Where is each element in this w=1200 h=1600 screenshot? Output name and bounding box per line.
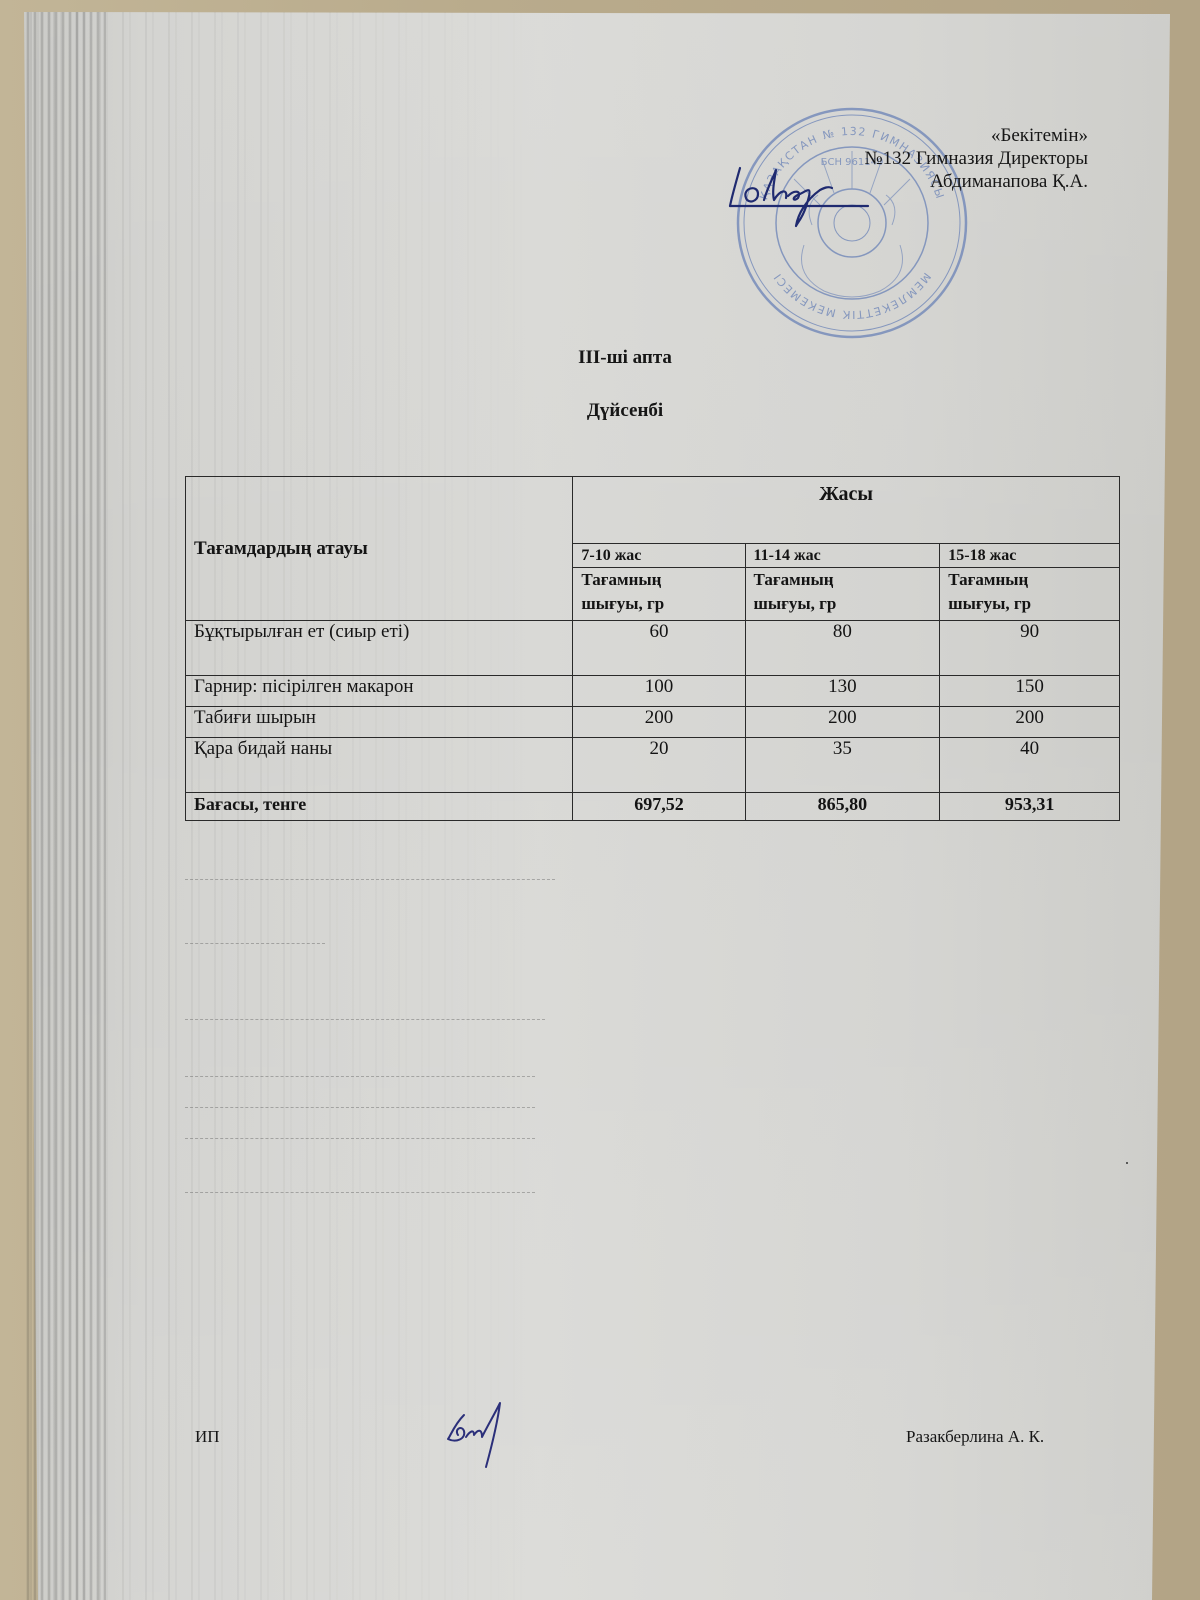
portion-value: 150 xyxy=(940,676,1120,707)
price-value: 865,80 xyxy=(745,793,940,821)
approval-position: №132 Гимназия Директоры xyxy=(865,147,1088,170)
ghost-line xyxy=(185,1138,535,1139)
price-label: Бағасы, тенге xyxy=(186,793,573,821)
dish-name: Қара бидай наны xyxy=(186,738,573,793)
menu-table: Тағамдардың атауы Жасы 7-10 жас 11-14 жа… xyxy=(185,476,1120,821)
age-group-15-18: 15-18 жас xyxy=(940,544,1120,568)
dish-name: Гарнир: пісірілген макарон xyxy=(186,676,573,707)
table-header-row: Тағамдардың атауы Жасы xyxy=(186,477,1120,544)
dish-name: Табиғи шырын xyxy=(186,707,573,738)
table-row: Қара бидай наны 20 35 40 xyxy=(186,738,1120,793)
price-value: 953,31 xyxy=(940,793,1120,821)
portion-value: 200 xyxy=(573,707,745,738)
price-total-row: Бағасы, тенге 697,52 865,80 953,31 xyxy=(186,793,1120,821)
approval-block: «Бекітемін» №132 Гимназия Директоры Абди… xyxy=(865,124,1088,193)
portion-value: 20 xyxy=(573,738,745,793)
table-row: Бұқтырылған ет (сиыр еті) 60 80 90 xyxy=(186,621,1120,676)
portion-value: 35 xyxy=(745,738,940,793)
speck xyxy=(1126,1162,1128,1164)
footer-ip-label: ИП xyxy=(195,1427,220,1447)
portion-value: 200 xyxy=(745,707,940,738)
approval-director-name: Абдиманапова Қ.А. xyxy=(865,170,1088,193)
age-header: Жасы xyxy=(573,477,1120,544)
ghost-line xyxy=(185,879,555,880)
approval-title: «Бекітемін» xyxy=(865,124,1088,147)
footer-supplier-name: Разакберлина А. К. xyxy=(906,1427,1044,1447)
ghost-line xyxy=(185,1019,545,1020)
dish-name: Бұқтырылған ет (сиыр еті) xyxy=(186,621,573,676)
day-heading: Дүйсенбі xyxy=(520,400,730,422)
portion-value: 90 xyxy=(940,621,1120,676)
ghost-line xyxy=(185,1107,535,1108)
ghost-line xyxy=(185,943,325,944)
age-group-11-14: 11-14 жас xyxy=(745,544,940,568)
age-group-7-10: 7-10 жас xyxy=(573,544,745,568)
output-label: Тағамныңшығуы, гр xyxy=(940,568,1120,621)
price-value: 697,52 xyxy=(573,793,745,821)
table-row: Гарнир: пісірілген макарон 100 130 150 xyxy=(186,676,1120,707)
ghost-line xyxy=(185,1076,535,1077)
portion-value: 40 xyxy=(940,738,1120,793)
portion-value: 80 xyxy=(745,621,940,676)
portion-value: 200 xyxy=(940,707,1120,738)
portion-value: 60 xyxy=(573,621,745,676)
portion-value: 130 xyxy=(745,676,940,707)
portion-value: 100 xyxy=(573,676,745,707)
output-label: Тағамныңшығуы, гр xyxy=(745,568,940,621)
output-label: Тағамныңшығуы, гр xyxy=(573,568,745,621)
dish-name-header: Тағамдардың атауы xyxy=(186,477,573,621)
table-row: Табиғи шырын 200 200 200 xyxy=(186,707,1120,738)
ghost-line xyxy=(185,1192,535,1193)
week-heading: III-ші апта xyxy=(520,347,730,369)
